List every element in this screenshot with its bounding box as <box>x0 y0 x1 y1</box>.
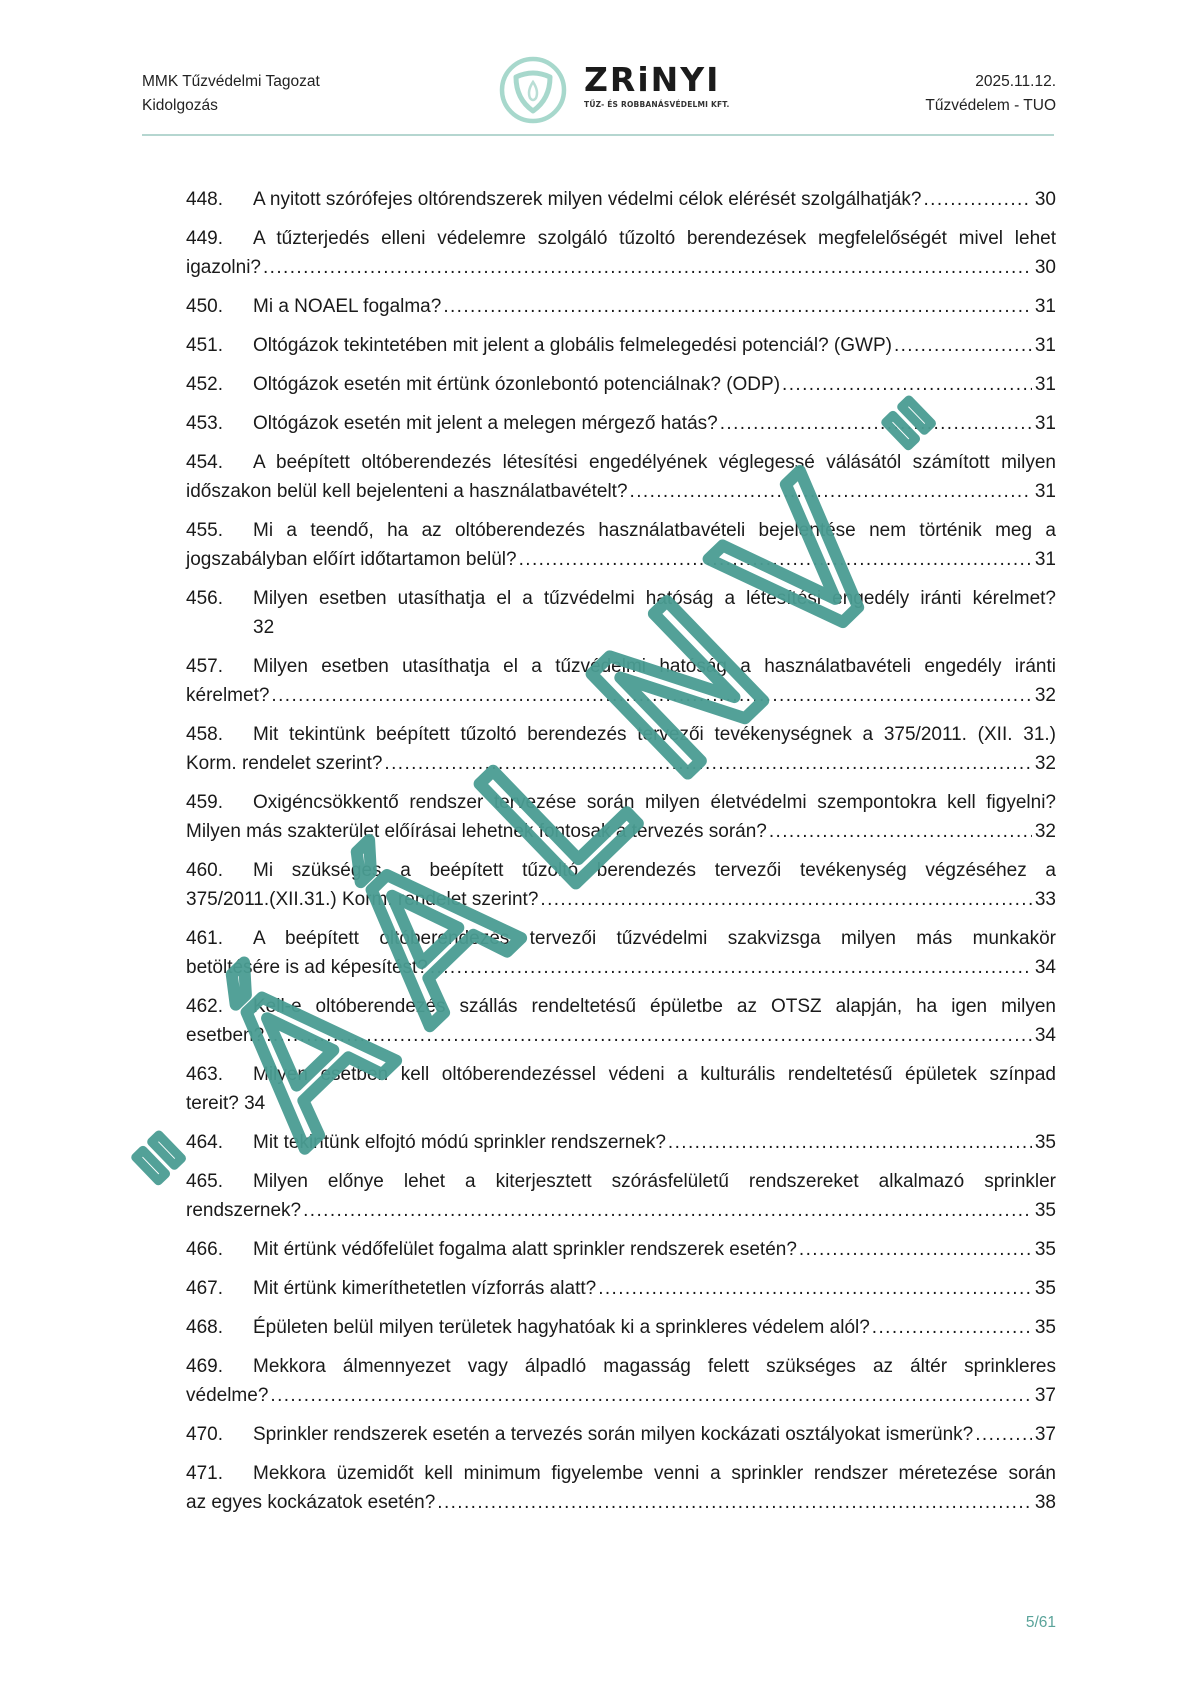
toc-entry-title: Mit értünk védőfelület fogalma alatt spr… <box>253 1235 797 1264</box>
toc-entry-number: 457. <box>186 652 253 681</box>
toc-entry-number: 470. <box>186 1420 253 1449</box>
toc-entry-title: Milyen esetben utasíthatja el a tűzvédel… <box>253 588 1056 609</box>
toc-entry-title: Sprinkler rendszerek esetén a tervezés s… <box>253 1420 973 1449</box>
toc-entry-title: tereit? 34 <box>186 1089 265 1118</box>
toc-entry-title-line: 454.A beépített oltóberendezés létesítés… <box>186 448 1056 477</box>
toc-entry-number: 462. <box>186 992 253 1021</box>
dot-leader <box>437 1488 1032 1517</box>
toc-entry-number: 466. <box>186 1235 253 1264</box>
toc-entry[interactable]: 470.Sprinkler rendszerek esetén a tervez… <box>186 1420 1056 1449</box>
toc-entry-title: védelme? <box>186 1381 268 1410</box>
toc-entry-title-line: 465.Milyen előnye lehet a kiterjesztett … <box>186 1167 1056 1196</box>
toc-entry-title: A tűzterjedés elleni védelemre szolgáló … <box>253 228 1056 249</box>
toc-entry-page: 35 <box>1035 1128 1056 1157</box>
dot-leader <box>266 1021 1032 1050</box>
toc-entry-number: 468. <box>186 1313 253 1342</box>
toc-entry[interactable]: 460.Mi szükséges a beépített tűzoltó ber… <box>186 856 1056 914</box>
toc-entry-page: 31 <box>1035 409 1056 438</box>
toc-entry-title: Milyen előnye lehet a kiterjesztett szór… <box>253 1171 1056 1192</box>
toc-entry-title-line: 457.Milyen esetben utasíthatja el a tűzv… <box>186 652 1056 681</box>
toc-entry-title: A nyitott szórófejes oltórendszerek mily… <box>253 185 922 214</box>
toc-entry[interactable]: 468.Épületen belül milyen területek hagy… <box>186 1313 1056 1342</box>
table-of-contents: 448.A nyitott szórófejes oltórendszerek … <box>186 185 1056 1527</box>
dot-leader <box>540 885 1031 914</box>
toc-entry-number: 471. <box>186 1459 253 1488</box>
dot-leader <box>799 1235 1032 1264</box>
toc-entry-title: Mi a NOAEL fogalma? <box>253 292 441 321</box>
toc-entry[interactable]: 461.A beépített oltóberendezés tervezői … <box>186 924 1056 982</box>
dot-leader <box>519 545 1032 574</box>
toc-entry-page: 35 <box>1035 1313 1056 1342</box>
toc-entry-title: betöltésére is ad képesítést? <box>186 953 428 982</box>
dot-leader <box>720 409 1032 438</box>
toc-entry[interactable]: 454.A beépített oltóberendezés létesítés… <box>186 448 1056 506</box>
toc-entry-title: Korm. rendelet szerint? <box>186 749 382 778</box>
toc-entry-title: Milyen esetben kell oltóberendezéssel vé… <box>253 1064 1056 1085</box>
toc-entry-page: 31 <box>1035 331 1056 360</box>
toc-entry[interactable]: 463.Milyen esetben kell oltóberendezésse… <box>186 1060 1056 1118</box>
toc-entry-title: rendszernek? <box>186 1196 301 1225</box>
toc-entry[interactable]: 455.Mi a teendő, ha az oltóberendezés ha… <box>186 516 1056 574</box>
toc-entry-title: Milyen esetben utasíthatja el a tűzvédel… <box>253 656 1056 677</box>
toc-entry[interactable]: 456.Milyen esetben utasíthatja el a tűzv… <box>186 584 1056 642</box>
toc-entry[interactable]: 471.Mekkora üzemidőt kell minimum figyel… <box>186 1459 1056 1517</box>
toc-entry-title: Mi a teendő, ha az oltóberendezés haszná… <box>253 520 1056 541</box>
toc-entry-number: 458. <box>186 720 253 749</box>
toc-entry-title-line: 458.Mit tekintünk beépített tűzoltó bere… <box>186 720 1056 749</box>
logo-subtitle: TŰZ- ÉS ROBBANÁSVÉDELMI KFT. <box>584 100 730 109</box>
toc-entry-page: 34 <box>1035 1021 1056 1050</box>
toc-entry-page: 32 <box>1035 749 1056 778</box>
toc-entry[interactable]: 467.Mit értünk kimeríthetetlen vízforrás… <box>186 1274 1056 1303</box>
toc-entry-title: jogszabályban előírt időtartamon belül? <box>186 545 517 574</box>
toc-entry-title-line: 461.A beépített oltóberendezés tervezői … <box>186 924 1056 953</box>
toc-entry[interactable]: 453.Oltógázok esetén mit jelent a melege… <box>186 409 1056 438</box>
dot-leader <box>630 477 1032 506</box>
logo-wordmark: ZRiNYI <box>584 63 720 97</box>
toc-entry-page: 30 <box>1035 253 1056 282</box>
dot-leader <box>668 1128 1032 1157</box>
toc-entry-number: 460. <box>186 856 253 885</box>
header-right: 2025.11.12. Tűzvédelem - TUO <box>925 70 1056 118</box>
toc-entry-title: Mit értünk kimeríthetetlen vízforrás ala… <box>253 1274 596 1303</box>
dot-leader <box>924 185 1032 214</box>
toc-entry[interactable]: 466.Mit értünk védőfelület fogalma alatt… <box>186 1235 1056 1264</box>
toc-entry-page: 35 <box>1035 1235 1056 1264</box>
toc-entry-number: 451. <box>186 331 253 360</box>
toc-entry-title: az egyes kockázatok esetén? <box>186 1488 435 1517</box>
toc-entry-page: 34 <box>1035 953 1056 982</box>
dot-leader <box>443 292 1032 321</box>
header-divider <box>142 134 1054 136</box>
toc-entry-number: 453. <box>186 409 253 438</box>
toc-entry-page: 30 <box>1035 185 1056 214</box>
toc-entry-page: 38 <box>1035 1488 1056 1517</box>
page-number: 5/61 <box>1026 1614 1056 1632</box>
toc-entry-number: 454. <box>186 448 253 477</box>
shield-flame-icon <box>498 55 568 125</box>
toc-entry-title: Mekkora üzemidőt kell minimum figyelembe… <box>253 1463 1056 1484</box>
toc-entry[interactable]: 458.Mit tekintünk beépített tűzoltó bere… <box>186 720 1056 778</box>
toc-entry-title-line: 463.Milyen esetben kell oltóberendezésse… <box>186 1060 1056 1089</box>
toc-entry-number: 465. <box>186 1167 253 1196</box>
toc-entry-page: 35 <box>1035 1196 1056 1225</box>
toc-entry-title-line: 469.Mekkora álmennyezet vagy álpadló mag… <box>186 1352 1056 1381</box>
company-logo: ZRiNYI TŰZ- ÉS ROBBANÁSVÉDELMI KFT. <box>498 55 718 127</box>
toc-entry-page: 32 <box>1035 681 1056 710</box>
toc-entry-title: 375/2011.(XII.31.) Korm. rendelet szerin… <box>186 885 538 914</box>
toc-entry-page: 37 <box>1035 1381 1056 1410</box>
toc-entry[interactable]: 448.A nyitott szórófejes oltórendszerek … <box>186 185 1056 214</box>
toc-entry-title-line: 456.Milyen esetben utasíthatja el a tűzv… <box>186 584 1056 613</box>
header-organization: MMK Tűzvédelmi Tagozat <box>142 70 320 94</box>
toc-entry-number: 463. <box>186 1060 253 1089</box>
toc-entry-title-line: 471.Mekkora üzemidőt kell minimum figyel… <box>186 1459 1056 1488</box>
toc-entry-page: 32 <box>253 613 274 642</box>
toc-entry-number: 448. <box>186 185 253 214</box>
toc-entry-number: 456. <box>186 584 253 613</box>
toc-entry[interactable]: 464.Mit tekintünk elfojtó módú sprinkler… <box>186 1128 1056 1157</box>
toc-entry-title: Mekkora álmennyezet vagy álpadló magassá… <box>253 1356 1056 1377</box>
toc-entry-title: Épületen belül milyen területek hagyható… <box>253 1313 870 1342</box>
toc-entry-number: 467. <box>186 1274 253 1303</box>
toc-entry-title: A beépített oltóberendezés tervezői tűzv… <box>253 928 1056 949</box>
header-topic: Tűzvédelem - TUO <box>925 94 1056 118</box>
toc-entry-number: 464. <box>186 1128 253 1157</box>
dot-leader <box>271 681 1031 710</box>
toc-entry[interactable]: 449.A tűzterjedés elleni védelemre szolg… <box>186 224 1056 282</box>
dot-leader <box>975 1420 1032 1449</box>
toc-entry-number: 450. <box>186 292 253 321</box>
toc-entry-page: 35 <box>1035 1274 1056 1303</box>
toc-entry-title-line: 449.A tűzterjedés elleni védelemre szolg… <box>186 224 1056 253</box>
dot-leader <box>263 253 1032 282</box>
dot-leader <box>384 749 1031 778</box>
dot-leader <box>270 1381 1031 1410</box>
toc-entry[interactable]: 457.Milyen esetben utasíthatja el a tűzv… <box>186 652 1056 710</box>
toc-entry-title: Mit tekintünk beépített tűzoltó berendez… <box>253 724 1056 745</box>
toc-entry-page: 37 <box>1035 1420 1056 1449</box>
toc-entry-page: 31 <box>1035 370 1056 399</box>
toc-entry-title: Oltógázok tekintetében mit jelent a glob… <box>253 331 892 360</box>
toc-entry-number: 461. <box>186 924 253 953</box>
toc-entry[interactable]: 465.Milyen előnye lehet a kiterjesztett … <box>186 1167 1056 1225</box>
header-document-type: Kidolgozás <box>142 94 320 118</box>
toc-entry-page: 31 <box>1035 545 1056 574</box>
dot-leader <box>598 1274 1032 1303</box>
toc-entry-title-line: 462.Kell-e oltóberendezés szállás rendel… <box>186 992 1056 1021</box>
toc-entry[interactable]: 450.Mi a NOAEL fogalma?31 <box>186 292 1056 321</box>
toc-entry-title: Mi szükséges a beépített tűzoltó berende… <box>253 860 1056 881</box>
toc-entry-number: 455. <box>186 516 253 545</box>
toc-entry-page: 32 <box>1035 817 1056 846</box>
toc-entry-number: 452. <box>186 370 253 399</box>
header-left: MMK Tűzvédelmi Tagozat Kidolgozás <box>142 70 320 118</box>
toc-entry-page: 33 <box>1035 885 1056 914</box>
toc-entry-title: kérelmet? <box>186 681 269 710</box>
toc-entry-title: Oltógázok esetén mit értünk ózonlebontó … <box>253 370 780 399</box>
toc-entry[interactable]: 462.Kell-e oltóberendezés szállás rendel… <box>186 992 1056 1050</box>
dot-leader <box>782 370 1032 399</box>
toc-entry-title: Oltógázok esetén mit jelent a melegen mé… <box>253 409 718 438</box>
toc-entry-title: Mit tekintünk elfojtó módú sprinkler ren… <box>253 1128 666 1157</box>
toc-entry-page: 31 <box>1035 292 1056 321</box>
toc-entry-title: A beépített oltóberendezés létesítési en… <box>253 452 1056 473</box>
toc-entry-number: 469. <box>186 1352 253 1381</box>
toc-entry[interactable]: 451.Oltógázok tekintetében mit jelent a … <box>186 331 1056 360</box>
dot-leader <box>430 953 1032 982</box>
toc-entry-title: Kell-e oltóberendezés szállás rendelteté… <box>253 996 1056 1017</box>
toc-entry-title: időszakon belül kell bejelenteni a haszn… <box>186 477 628 506</box>
toc-entry-title-line: 460.Mi szükséges a beépített tűzoltó ber… <box>186 856 1056 885</box>
toc-entry-title-line: 459.Oxigéncsökkentő rendszer tervezése s… <box>186 788 1056 817</box>
dot-leader <box>872 1313 1032 1342</box>
dot-leader <box>769 817 1032 846</box>
toc-entry[interactable]: 469.Mekkora álmennyezet vagy álpadló mag… <box>186 1352 1056 1410</box>
toc-entry-page: 31 <box>1035 477 1056 506</box>
dot-leader <box>303 1196 1032 1225</box>
toc-entry-title: esetben? <box>186 1021 264 1050</box>
toc-entry-number: 459. <box>186 788 253 817</box>
toc-entry-title: igazolni? <box>186 253 261 282</box>
toc-entry-title: Milyen más szakterület előírásai lehetne… <box>186 817 767 846</box>
toc-entry[interactable]: 459.Oxigéncsökkentő rendszer tervezése s… <box>186 788 1056 846</box>
dot-leader <box>894 331 1032 360</box>
toc-entry-title-line: 455.Mi a teendő, ha az oltóberendezés ha… <box>186 516 1056 545</box>
toc-entry[interactable]: 452.Oltógázok esetén mit értünk ózonlebo… <box>186 370 1056 399</box>
header-date: 2025.11.12. <box>925 70 1056 94</box>
toc-entry-number: 449. <box>186 224 253 253</box>
toc-entry-title: Oxigéncsökkentő rendszer tervezése során… <box>253 792 1056 813</box>
